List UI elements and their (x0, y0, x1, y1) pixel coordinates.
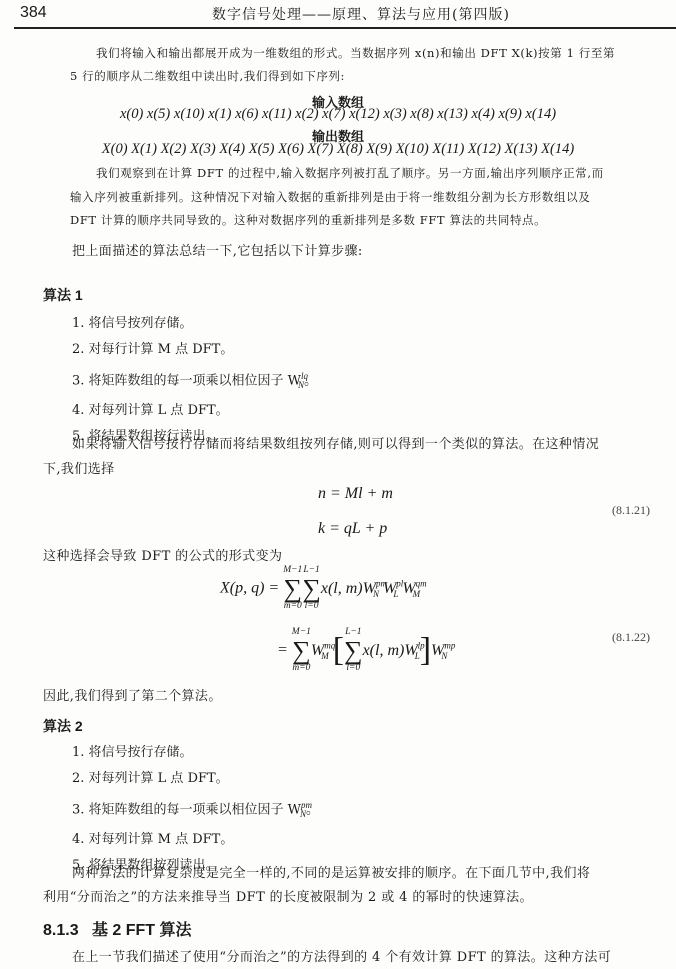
equation-8-1-22-line-1: X(p, q) = M−1∑m=0L−1∑l=0x(l, m)WpmN WplL… (220, 566, 420, 611)
equation-number-8-1-21: (8.1.21) (612, 503, 650, 518)
header-rule (14, 27, 676, 29)
page-number: 384 (20, 4, 47, 22)
output-array-sequence: X(0) X(1) X(2) X(3) X(4) X(5) X(6) X(7) … (0, 141, 676, 158)
complexity-line-2: 利用“分而治之”的方法来推导当 DFT 的长度被限制为 2 或 4 的幂时的快速… (43, 886, 533, 910)
sum-over-m: M−1∑m=0 (283, 566, 302, 611)
input-array-sequence: x(0) x(5) x(10) x(1) x(6) x(11) x(2) x(7… (0, 106, 676, 123)
complexity-line-1: 两种算法的计算复杂度是完全一样的,不同的是运算被安排的顺序。在下面几节中,我们将 (72, 862, 590, 886)
section-intro: 在上一节我们描述了使用“分而治之”的方法得到的 4 个有效计算 DFT 的算法。… (72, 946, 611, 969)
alt-paragraph-line-2: 下,我们选择 (43, 458, 115, 482)
observation-line-3: DFT 计算的顺序共同导致的。这种对数据序列的重新排列是多数 FFT 算法的共同… (70, 209, 546, 232)
equation-8-1-22-line-2: = M−1∑m=0WmqM [L−1∑l=0x(l, m)WlpL]WmpN (277, 628, 447, 673)
algorithm-2-step-3: 3. 将矩阵数组的每一项乘以相位因子 WpmN。 (72, 792, 319, 827)
algorithm-1-title: 算法 1 (43, 285, 83, 305)
book-title: 数字信号处理——原理、算法与应用(第四版) (212, 4, 510, 24)
summary-intro: 把上面描述的算法总结一下,它包括以下计算步骤: (72, 240, 363, 264)
conclusion-text: 因此,我们得到了第二个算法。 (43, 685, 222, 709)
observation-line-2: 输入序列被重新排列。这种情况下对输入数据的重新排列是由于将一维数组分割为长方形数… (70, 186, 590, 209)
algorithm-2-step-4: 4. 对每列计算 M 点 DFT。 (72, 827, 319, 853)
equation-8-1-21-line-2: k = qL + p (318, 520, 387, 538)
section-heading: 8.1.3 基 2 FFT 算法 (43, 917, 192, 940)
equation-8-1-21-line-1: n = Ml + m (318, 485, 393, 503)
algorithm-2-steps: 1. 将信号按行存储。 2. 对每列计算 L 点 DFT。 3. 将矩阵数组的每… (72, 740, 319, 879)
algorithm-2-step-1: 1. 将信号按行存储。 (72, 740, 319, 766)
algorithm-1-step-4: 4. 对每列计算 L 点 DFT。 (72, 398, 317, 424)
algorithm-1-steps: 1. 将信号按列存储。 2. 对每行计算 M 点 DFT。 3. 将矩阵数组的每… (72, 311, 317, 450)
algorithm-2-title: 算法 2 (43, 716, 83, 736)
intro-line-1: 我们将输入和输出都展开成为一维数组的形式。当数据序列 x(n)和输出 DFT X… (96, 42, 615, 65)
algorithm-1-step-1: 1. 将信号按列存储。 (72, 311, 317, 337)
alt-paragraph-line-1: 如果将输入信号按行存储而将结果数组按列存储,则可以得到一个类似的算法。在这种情况 (72, 433, 599, 457)
section-title: 基 2 FFT 算法 (92, 922, 192, 939)
equation-number-8-1-22: (8.1.22) (612, 630, 650, 645)
intro-line-2: 5 行的顺序从二维数组中读出时,我们得到如下序列: (70, 65, 345, 88)
page-header: 384 数字信号处理——原理、算法与应用(第四版) (0, 0, 676, 34)
algorithm-1-step-3: 3. 将矩阵数组的每一项乘以相位因子 WlqN。 (72, 363, 317, 398)
section-number: 8.1.3 (43, 922, 79, 939)
algorithm-2-step-2: 2. 对每列计算 L 点 DFT。 (72, 766, 319, 792)
sum-over-l: L−1∑l=0 (302, 566, 321, 611)
observation-line-1: 我们观察到在计算 DFT 的过程中,输入数据序列被打乱了顺序。另一方面,输出序列… (96, 162, 604, 185)
algorithm-1-step-2: 2. 对每行计算 M 点 DFT。 (72, 337, 317, 363)
